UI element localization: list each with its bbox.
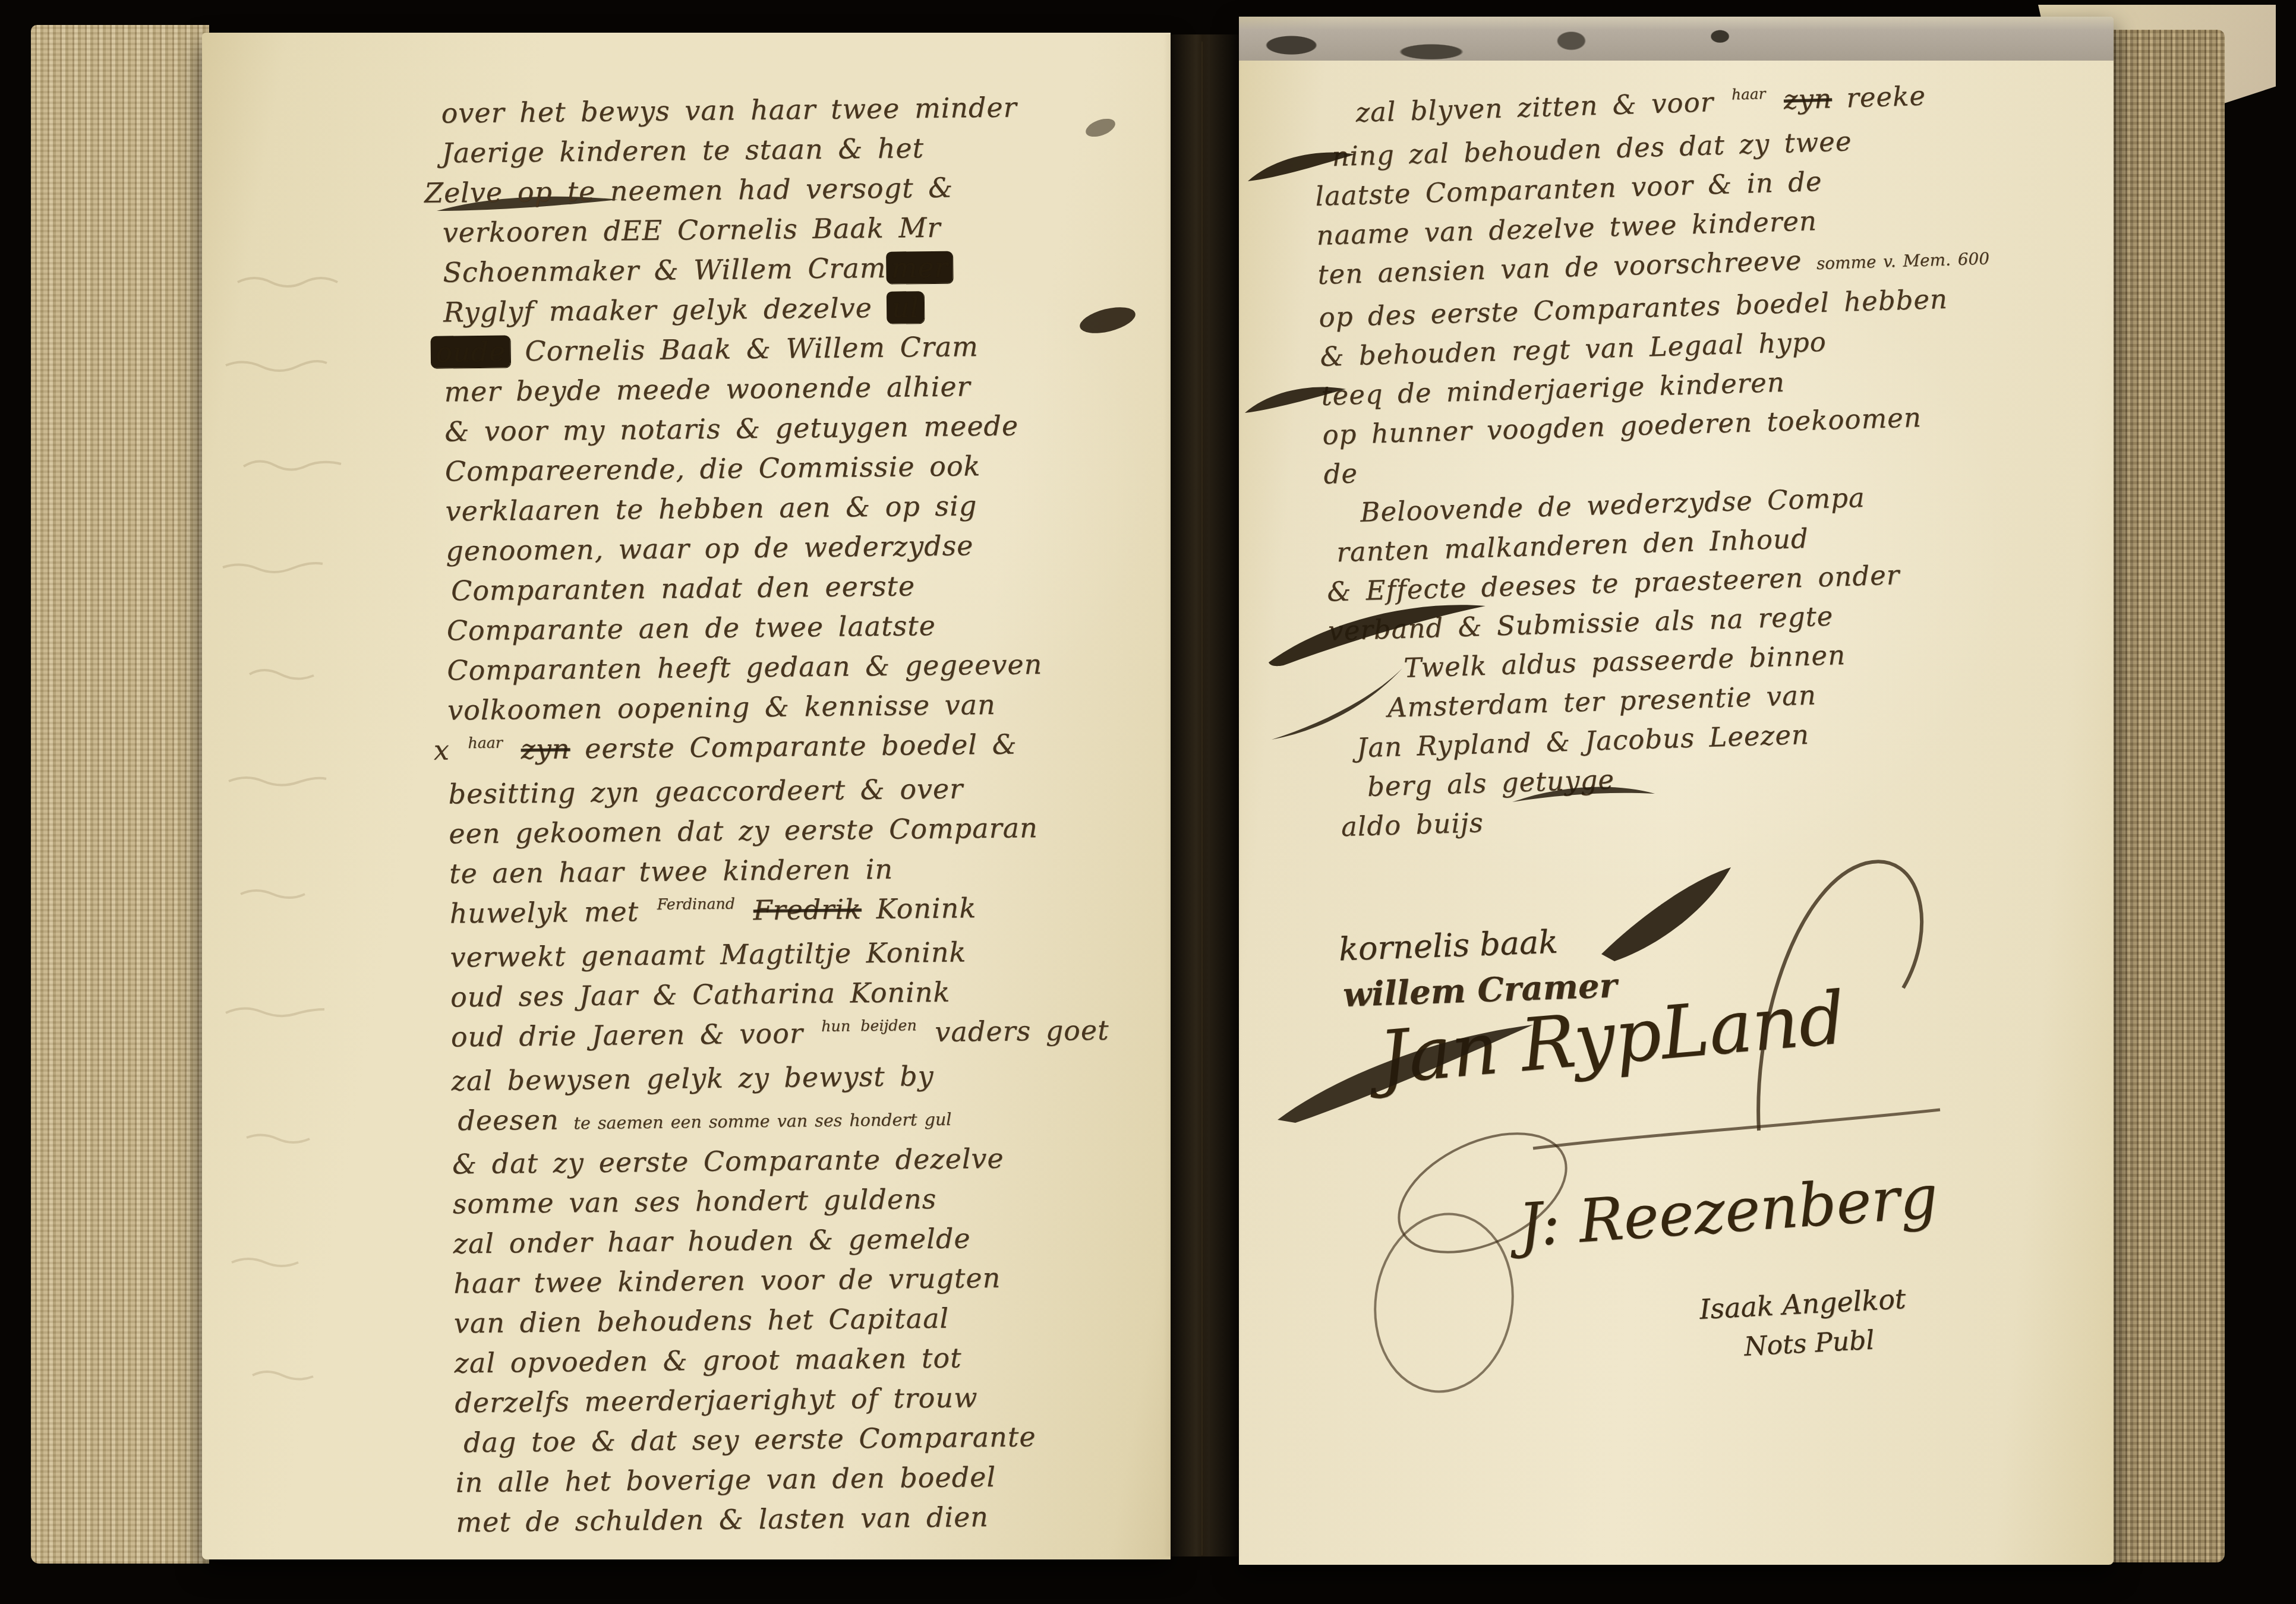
- struck-text: zyn: [521, 732, 570, 765]
- signature-notary-name: Isaak Angelkot: [1699, 1283, 1907, 1325]
- interlinear-insertion: haar: [468, 723, 503, 763]
- signature-witness-kornelis-baak: kornelis baak: [1338, 923, 1559, 968]
- manuscript-line: met de schulden & lasten van dien: [456, 1495, 1193, 1542]
- ink-blot: oude: [431, 335, 511, 368]
- interlinear-insertion: haar: [1731, 74, 1766, 115]
- manuscript-line: deesen te saemen een somme van ses honde…: [458, 1093, 1189, 1144]
- manuscript-line: oud drie Jaeren & voor hun beijden vader…: [451, 1009, 1188, 1061]
- signature-notary-title: Nots Publ: [1743, 1325, 1875, 1362]
- book-gutter: [1163, 34, 1242, 1556]
- right-page: zal blyven zitten & voor haar zyn reeken…: [1239, 17, 2114, 1565]
- struck-text: Fredrik: [753, 893, 862, 926]
- head-edge: [1239, 17, 2114, 61]
- interlinear-insertion: hun beijden: [821, 1005, 917, 1046]
- interlinear-insertion: Ferdinand: [657, 883, 735, 924]
- archival-photo: over het bewys van haar twee minderJaeri…: [0, 0, 2296, 1604]
- ink-blot: ul: [887, 291, 924, 324]
- manuscript-line: Comparanten nadat den eerste: [451, 564, 1184, 611]
- right-page-text: zal blyven zitten & voor haar zyn reeken…: [1312, 72, 2089, 847]
- small-script: te saemen een somme van ses hondert gul: [573, 1110, 951, 1133]
- ink-blot: mer: [886, 251, 953, 284]
- manuscript-line: dag toe & dat sey eerste Comparante: [463, 1415, 1193, 1463]
- book-fore-edge-left: [31, 25, 209, 1564]
- small-script: somme v. Mem. 600: [1816, 248, 1989, 273]
- book-fore-edge-right: [2111, 30, 2225, 1562]
- left-page-text: over het bewys van haar twee minderJaeri…: [441, 86, 1193, 1543]
- left-page: over het bewys van haar twee minderJaeri…: [202, 33, 1171, 1559]
- struck-text: zyn: [1783, 83, 1833, 115]
- manuscript-line: huwelyk met Ferdinand Fredrik Konink: [449, 886, 1187, 938]
- manuscript-line: x haar zyn eerste Comparante boedel &: [433, 723, 1185, 775]
- signature-reezenberg: J: Reezenberg: [1516, 1162, 1940, 1261]
